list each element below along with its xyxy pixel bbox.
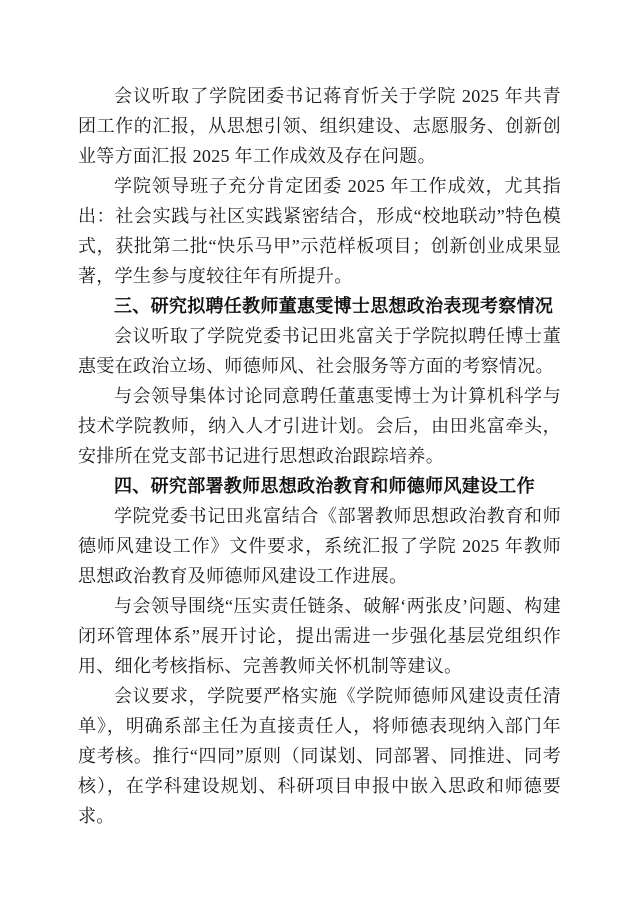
paragraph-discussion-suggestions: 与会领导围绕“压实责任链条、破解‘两张皮’问题、构建闭环管理体系”展开讨论，提出… (78, 591, 561, 681)
paragraph-leadership-affirmation: 学院领导班子充分肯定团委 2025 年工作成效，尤其指出：社会实践与社区实践紧密… (78, 171, 561, 291)
paragraph-meeting-requirements: 会议要求，学院要严格实施《学院师德师风建设责任清单》，明确系部主任为直接责任人，… (78, 681, 561, 831)
paragraph-ethics-report: 学院党委书记田兆富结合《部署教师思想政治教育和师德师风建设工作》文件要求，系统汇… (78, 501, 561, 591)
document-body: 会议听取了学院团委书记蒋育忻关于学院 2025 年共青团工作的汇报，从思想引领、… (78, 81, 561, 831)
section-heading-three: 三、研究拟聘任教师董惠雯博士思想政治表现考察情况 (78, 291, 561, 321)
document-page: 会议听取了学院团委书记蒋育忻关于学院 2025 年共青团工作的汇报，从思想引领、… (0, 0, 639, 905)
paragraph-youth-league-report: 会议听取了学院团委书记蒋育忻关于学院 2025 年共青团工作的汇报，从思想引领、… (78, 81, 561, 171)
section-heading-four: 四、研究部署教师思想政治教育和师德师风建设工作 (78, 471, 561, 501)
paragraph-hiring-decision: 与会领导集体讨论同意聘任董惠雯博士为计算机科学与技术学院教师，纳入人才引进计划。… (78, 381, 561, 471)
paragraph-candidate-review: 会议听取了学院党委书记田兆富关于学院拟聘任博士董惠雯在政治立场、师德师风、社会服… (78, 321, 561, 381)
